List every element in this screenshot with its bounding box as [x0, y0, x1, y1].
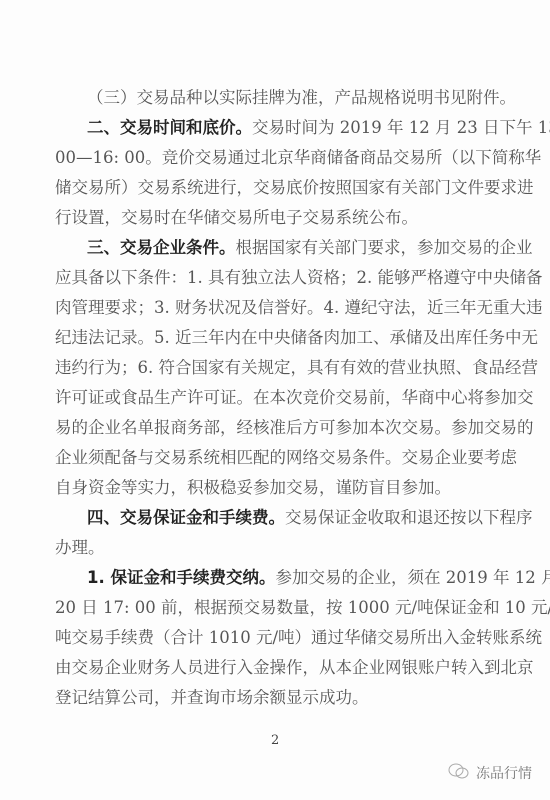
- text-line: 1. 保证金和手续费交纳。参加交易的企业，须在 2019 年 12 月: [87, 568, 464, 588]
- text-line: 企业须配备与交易系统相匹配的网络交易条件。交易企业要考虑: [55, 448, 464, 468]
- line-text: 企业须配备与交易系统相匹配的网络交易条件。交易企业要考虑: [55, 448, 517, 467]
- line-text: 参加交易的企业，须在 2019 年 12 月: [276, 568, 550, 587]
- text-line: 许可证或食品生产许可证。在本次竞价交易前，华商中心将参加交: [55, 388, 464, 408]
- section-heading: 二、交易时间和底价。: [87, 118, 252, 137]
- line-text: 根据国家有关部门要求，参加交易的企业: [236, 238, 533, 257]
- text-line: 办理。: [55, 538, 464, 558]
- line-text: 行设置，交易时在华储交易所电子交易系统公布。: [55, 208, 418, 227]
- text-line: 肉管理要求；3. 财务状况及信誉好。4. 遵纪守法，近三年无重大违: [55, 298, 464, 318]
- line-text: 自身资金等实力，积极稳妥参加交易，谨防盲目参加。: [55, 478, 451, 497]
- text-line: 行设置，交易时在华储交易所电子交易系统公布。: [55, 208, 464, 228]
- line-text: 许可证或食品生产许可证。在本次竞价交易前，华商中心将参加交: [55, 388, 534, 407]
- watermark-label: 冻品行情: [476, 763, 532, 783]
- text-line: 纪违法记录。5. 近三年内在中央储备肉加工、承储及出库任务中无: [55, 328, 464, 348]
- line-text: 交易保证金收取和退还按以下程序: [285, 508, 533, 527]
- line-text: 吨交易手续费（合计 1010 元/吨）通过华储交易所出入金转账系统: [55, 628, 542, 647]
- page-number: 2: [271, 733, 279, 748]
- line-text: 违约行为；6. 符合国家有关规定，具有有效的营业执照、食品经营: [55, 358, 538, 377]
- text-line: 由交易企业财务人员进行入金操作，从本企业网银账户转入到北京: [55, 658, 464, 678]
- line-text: 储交易所）交易系统进行，交易底价按照国家有关部门文件要求进: [55, 178, 534, 197]
- text-line: （三）交易品种以实际挂牌为准，产品规格说明书见附件。: [87, 88, 464, 108]
- line-text: 20 日 17: 00 前，根据预交易数量，按 1000 元/吨保证金和 10 …: [55, 598, 550, 617]
- text-line: 自身资金等实力，积极稳妥参加交易，谨防盲目参加。: [55, 478, 464, 498]
- text-line: 登记结算公司，并查询市场余额显示成功。: [55, 688, 464, 708]
- text-line: 三、交易企业条件。根据国家有关部门要求，参加交易的企业: [87, 238, 464, 258]
- text-line: 四、交易保证金和手续费。交易保证金收取和退还按以下程序: [87, 508, 464, 528]
- text-line: 20 日 17: 00 前，根据预交易数量，按 1000 元/吨保证金和 10 …: [55, 598, 464, 618]
- line-text: 交易时间为 2019 年 12 月 23 日下午 13:: [252, 118, 550, 137]
- section-heading: 三、交易企业条件。: [87, 238, 236, 257]
- text-line: 储交易所）交易系统进行，交易底价按照国家有关部门文件要求进: [55, 178, 464, 198]
- line-text: 由交易企业财务人员进行入金操作，从本企业网银账户转入到北京: [55, 658, 534, 677]
- wechat-icon: [448, 762, 470, 784]
- text-line: 二、交易时间和底价。交易时间为 2019 年 12 月 23 日下午 13:: [87, 118, 464, 138]
- section-heading: 四、交易保证金和手续费。: [87, 508, 285, 527]
- line-text: 00—16: 00。竞价交易通过北京华商储备商品交易所（以下简称华: [55, 148, 541, 167]
- line-text: 登记结算公司，并查询市场余额显示成功。: [55, 688, 369, 707]
- line-text: 肉管理要求；3. 财务状况及信誉好。4. 遵纪守法，近三年无重大违: [55, 298, 542, 317]
- text-line: 应具备以下条件：1. 具有独立法人资格；2. 能够严格遵守中央储备: [55, 268, 464, 288]
- line-text: 办理。: [55, 538, 105, 557]
- text-line: 违约行为；6. 符合国家有关规定，具有有效的营业执照、食品经营: [55, 358, 464, 378]
- watermark: 冻品行情: [448, 762, 532, 784]
- line-text: 易的企业名单报商务部，经核准后方可参加本次交易。参加交易的: [55, 418, 534, 437]
- text-line: 00—16: 00。竞价交易通过北京华商储备商品交易所（以下简称华: [55, 148, 464, 168]
- text-line: 易的企业名单报商务部，经核准后方可参加本次交易。参加交易的: [55, 418, 464, 438]
- document-page: （三）交易品种以实际挂牌为准，产品规格说明书见附件。二、交易时间和底价。交易时间…: [0, 0, 550, 800]
- line-text: 应具备以下条件：1. 具有独立法人资格；2. 能够严格遵守中央储备: [55, 268, 542, 287]
- line-text: 纪违法记录。5. 近三年内在中央储备肉加工、承储及出库任务中无: [55, 328, 538, 347]
- line-text: （三）交易品种以实际挂牌为准，产品规格说明书见附件。: [87, 88, 516, 107]
- text-line: 吨交易手续费（合计 1010 元/吨）通过华储交易所出入金转账系统: [55, 628, 464, 648]
- section-heading: 1. 保证金和手续费交纳。: [87, 568, 276, 587]
